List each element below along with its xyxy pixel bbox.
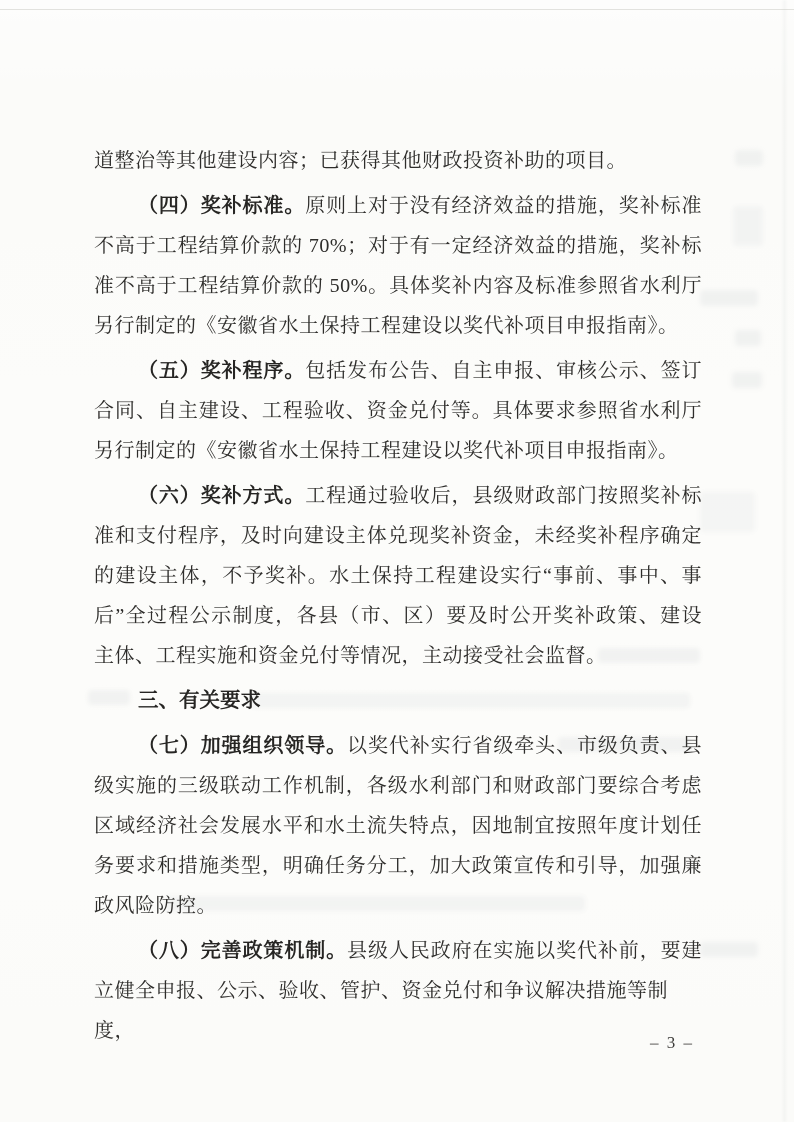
- paragraph-text: 工程通过验收后，县级财政部门按照奖补标: [305, 485, 702, 507]
- paragraph-text: 原则上对于没有经济效益的措施，奖补标准: [305, 195, 702, 217]
- page-number: – 3 –: [650, 1033, 694, 1053]
- paragraph-continuation: 道整治等其他建设内容；已获得其他财政投资补助的项目。: [94, 141, 702, 181]
- paragraph-reward-standard: （四）奖补标准。原则上对于没有经济效益的措施，奖补标准 不高于工程结算价款的 7…: [94, 186, 702, 346]
- paragraph-head: （五）奖补程序。: [138, 360, 305, 382]
- bleed-through-mark: [732, 372, 762, 388]
- bleed-through-mark: [700, 492, 755, 532]
- paragraph-line: 准和支付程序，及时向建设主体兑现奖补资金，未经奖补程序确定: [94, 516, 702, 556]
- bleed-through-mark: [735, 150, 763, 166]
- paragraph-line: 另行制定的《安徽省水土保持工程建设以奖代补项目申报指南》。: [94, 306, 702, 346]
- paragraph-line: 合同、自主建设、工程验收、资金兑付等。具体要求参照省水利厅: [94, 391, 702, 431]
- section-heading-requirements: 三、有关要求: [94, 681, 702, 721]
- paragraph-text: 包括发布公告、自主申报、审核公示、签订: [305, 360, 702, 382]
- paragraph-line: 的建设主体，不予奖补。水土保持工程建设实行“事前、事中、事: [94, 556, 702, 596]
- bleed-through-mark: [700, 942, 758, 957]
- paragraph-reward-method: （六）奖补方式。工程通过验收后，县级财政部门按照奖补标 准和支付程序，及时向建设…: [94, 476, 702, 676]
- scan-edge-right: [783, 0, 786, 1122]
- paragraph-line: （五）奖补程序。包括发布公告、自主申报、审核公示、签订: [94, 351, 702, 391]
- paragraph-head: （七）加强组织领导。: [138, 735, 347, 757]
- bleed-through-mark: [700, 290, 758, 306]
- bleed-through-mark: [735, 330, 761, 346]
- paragraph-text: 县级人民政府在实施以奖代补前，要建: [347, 940, 702, 962]
- paragraph-line: 区域经济社会发展水平和水土流失特点，因地制宜按照年度计划任: [94, 806, 702, 846]
- paragraph-line: 立健全申报、公示、验收、管护、资金兑付和争议解决措施等制度，: [94, 971, 702, 1011]
- paragraph-line: 另行制定的《安徽省水土保持工程建设以奖代补项目申报指南》。: [94, 431, 702, 471]
- paragraph-strengthen-leadership: （七）加强组织领导。以奖代补实行省级牵头、市级负责、县 级实施的三级联动工作机制…: [94, 726, 702, 926]
- paragraph-head: （四）奖补标准。: [138, 195, 305, 217]
- paragraph-line: 主体、工程实施和资金兑付等情况，主动接受社会监督。: [94, 636, 702, 676]
- paragraph-line: 后”全过程公示制度，各县（市、区）要及时公开奖补政策、建设: [94, 596, 702, 636]
- paragraph-line: （六）奖补方式。工程通过验收后，县级财政部门按照奖补标: [94, 476, 702, 516]
- paragraph-reward-procedure: （五）奖补程序。包括发布公告、自主申报、审核公示、签订 合同、自主建设、工程验收…: [94, 351, 702, 471]
- paragraph-head: （八）完善政策机制。: [138, 940, 347, 962]
- paragraph-line: 政风险防控。: [94, 886, 702, 926]
- paragraph-line: （四）奖补标准。原则上对于没有经济效益的措施，奖补标准: [94, 186, 702, 226]
- paragraph-improve-policy: （八）完善政策机制。县级人民政府在实施以奖代补前，要建 立健全申报、公示、验收、…: [94, 931, 702, 1011]
- paragraph-head: （六）奖补方式。: [138, 485, 305, 507]
- paragraph-line: 务要求和措施类型，明确任务分工，加大政策宣传和引导，加强廉: [94, 846, 702, 886]
- paragraph-line: （七）加强组织领导。以奖代补实行省级牵头、市级负责、县: [94, 726, 702, 766]
- paragraph-line: 准不高于工程结算价款的 50%。具体奖补内容及标准参照省水利厅: [94, 266, 702, 306]
- document-body: 道整治等其他建设内容；已获得其他财政投资补助的项目。 （四）奖补标准。原则上对于…: [94, 141, 702, 1011]
- paragraph-line: （八）完善政策机制。县级人民政府在实施以奖代补前，要建: [94, 931, 702, 971]
- paragraph-text: 以奖代补实行省级牵头、市级负责、县: [347, 735, 702, 757]
- paragraph-line: 不高于工程结算价款的 70%；对于有一定经济效益的措施，奖补标: [94, 226, 702, 266]
- bleed-through-mark: [733, 206, 763, 246]
- scan-edge-top: [0, 9, 794, 10]
- document-page: 道整治等其他建设内容；已获得其他财政投资补助的项目。 （四）奖补标准。原则上对于…: [0, 0, 794, 1122]
- paragraph-line: 级实施的三级联动工作机制，各级水利部门和财政部门要综合考虑: [94, 766, 702, 806]
